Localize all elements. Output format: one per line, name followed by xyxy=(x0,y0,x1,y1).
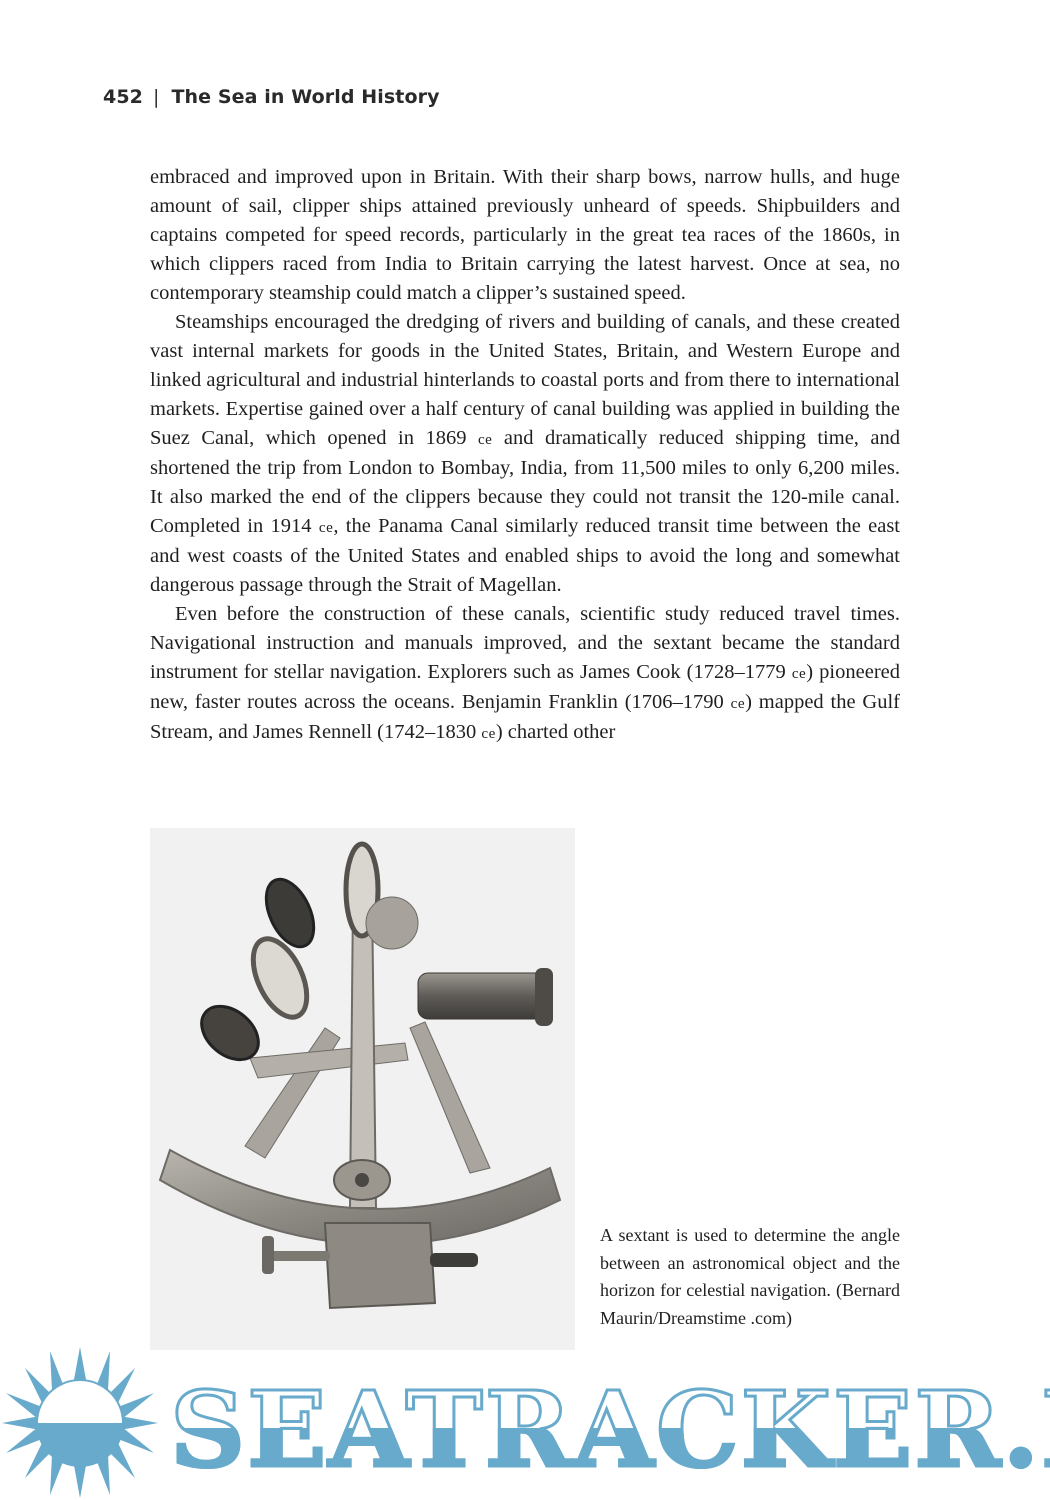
body-text: embraced and improved upon in Britain. W… xyxy=(150,163,900,748)
era-abbrev: ce xyxy=(731,695,745,712)
figure-caption: A sextant is used to determine the angle… xyxy=(600,1222,900,1332)
text-run: Even before the construction of these ca… xyxy=(150,603,900,683)
page-number: 452 xyxy=(103,86,143,108)
era-abbrev: ce xyxy=(481,725,495,742)
sun-icon xyxy=(0,1345,170,1500)
text-run: embraced and improved upon in Britain. W… xyxy=(150,166,900,304)
paragraph-3: Even before the construction of these ca… xyxy=(150,600,900,748)
book-page: 452|The Sea in World History embraced an… xyxy=(0,0,1050,1500)
era-abbrev: ce xyxy=(319,519,333,536)
era-abbrev: ce xyxy=(478,431,492,448)
running-head: 452|The Sea in World History xyxy=(103,86,440,108)
era-abbrev: ce xyxy=(792,665,806,682)
text-run: ) charted other xyxy=(496,721,616,743)
header-separator: | xyxy=(153,86,160,108)
sextant-photo xyxy=(150,828,575,1350)
paragraph-2: Steamships encouraged the dredging of ri… xyxy=(150,308,900,600)
sextant-illustration xyxy=(150,828,575,1350)
book-title: The Sea in World History xyxy=(171,86,439,108)
paragraph-1: embraced and improved upon in Britain. W… xyxy=(150,163,900,308)
watermark-text: SEATRACKER.RU xyxy=(170,1378,1050,1482)
